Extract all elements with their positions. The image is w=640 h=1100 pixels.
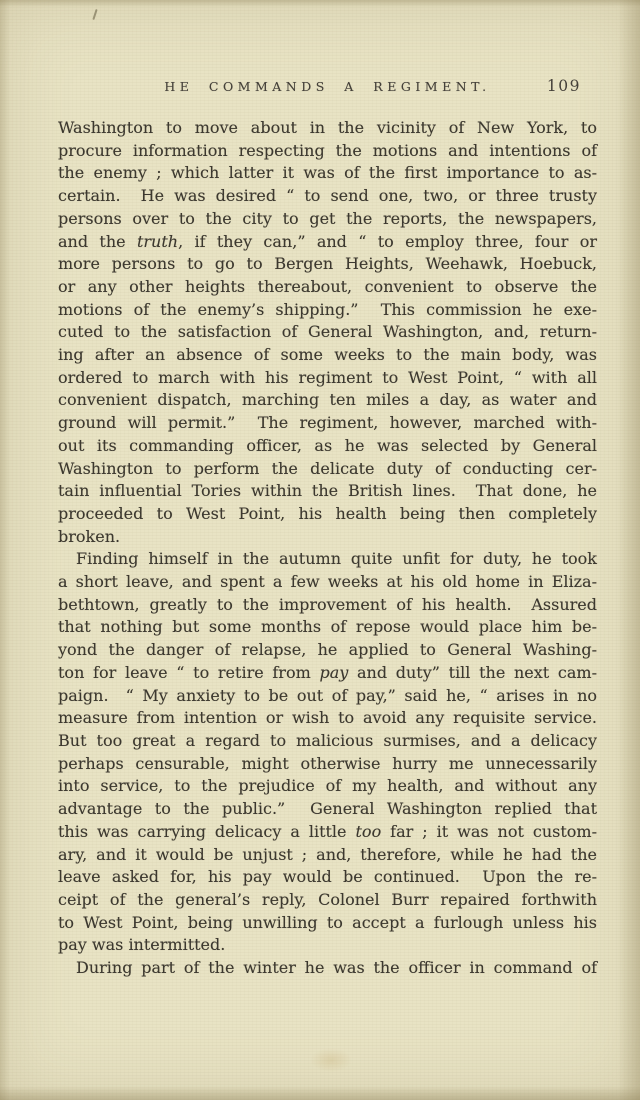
text-line: pay was intermitted.: [58, 934, 597, 957]
text-line: leave asked for, his pay would be contin…: [58, 866, 597, 889]
text-line: to West Point, being unwilling to accept…: [58, 912, 597, 935]
paragraph: Washington to move about in the vicinity…: [58, 117, 597, 548]
running-header-title: HE COMMANDS A REGIMENT.: [58, 79, 597, 94]
text-line: persons over to the city to get the repo…: [58, 208, 597, 231]
text-line: motions of the enemy’s shipping.” This c…: [58, 299, 597, 322]
page-body: Washington to move about in the vicinity…: [58, 117, 597, 980]
text-line: into service, to the prejudice of my hea…: [58, 775, 597, 798]
text-line: ing after an absence of some weeks to th…: [58, 344, 597, 367]
text-line: tain influential Tories within the Briti…: [58, 480, 597, 503]
text-line: and the truth, if they can,” and “ to em…: [58, 231, 597, 254]
book-page: HE COMMANDS A REGIMENT. 109 Washington t…: [0, 0, 640, 1100]
text-line: out its commanding officer, as he was se…: [58, 435, 597, 458]
text-line: measure from intention or wish to avoid …: [58, 707, 597, 730]
text-line: ton for leave “ to retire from pay and d…: [58, 662, 597, 685]
text-line: paign. “ My anxiety to be out of pay,” s…: [58, 685, 597, 708]
text-line: more persons to go to Bergen Heights, We…: [58, 253, 597, 276]
text-line: ground will permit.” The regiment, howev…: [58, 412, 597, 435]
text-line: proceeded to West Point, his health bein…: [58, 503, 597, 526]
text-line: ary, and it would be unjust ; and, there…: [58, 844, 597, 867]
text-line: advantage to the public.” General Washin…: [58, 798, 597, 821]
text-line: broken.: [58, 526, 597, 549]
paragraph: Finding himself in the autumn quite unfi…: [58, 548, 597, 957]
text-line: yond the danger of relapse, he applied t…: [58, 639, 597, 662]
text-line: that nothing but some months of repose w…: [58, 616, 597, 639]
text-line: cuted to the satisfaction of General Was…: [58, 321, 597, 344]
text-line: the enemy ; which latter it was of the f…: [58, 162, 597, 185]
paper-stain: [310, 1048, 352, 1072]
text-line: Washington to perform the delicate duty …: [58, 458, 597, 481]
text-line: But too great a regard to malicious surm…: [58, 730, 597, 753]
text-line: certain. He was desired “ to send one, t…: [58, 185, 597, 208]
text-line: Finding himself in the autumn quite unfi…: [58, 548, 597, 571]
text-line: ceipt of the general’s reply, Colonel Bu…: [58, 889, 597, 912]
text-line: procure information respecting the motio…: [58, 140, 597, 163]
text-line: Washington to move about in the vicinity…: [58, 117, 597, 140]
italic-text: truth: [137, 232, 178, 251]
italic-text: too: [356, 822, 382, 841]
paragraph: During part of the winter he was the off…: [58, 957, 597, 980]
text-line: or any other heights thereabout, conveni…: [58, 276, 597, 299]
text-line: convenient dispatch, marching ten miles …: [58, 389, 597, 412]
text-line: a short leave, and spent a few weeks at …: [58, 571, 597, 594]
text-line: bethtown, greatly to the improvement of …: [58, 594, 597, 617]
text-line: perhaps censurable, might otherwise hurr…: [58, 753, 597, 776]
text-line: During part of the winter he was the off…: [58, 957, 597, 980]
running-header: HE COMMANDS A REGIMENT. 109: [58, 79, 597, 99]
text-line: ordered to march with his regiment to We…: [58, 367, 597, 390]
pen-mark: [92, 9, 97, 20]
text-line: this was carrying delicacy a little too …: [58, 821, 597, 844]
page-number: 109: [547, 77, 581, 95]
italic-text: pay: [319, 663, 348, 682]
